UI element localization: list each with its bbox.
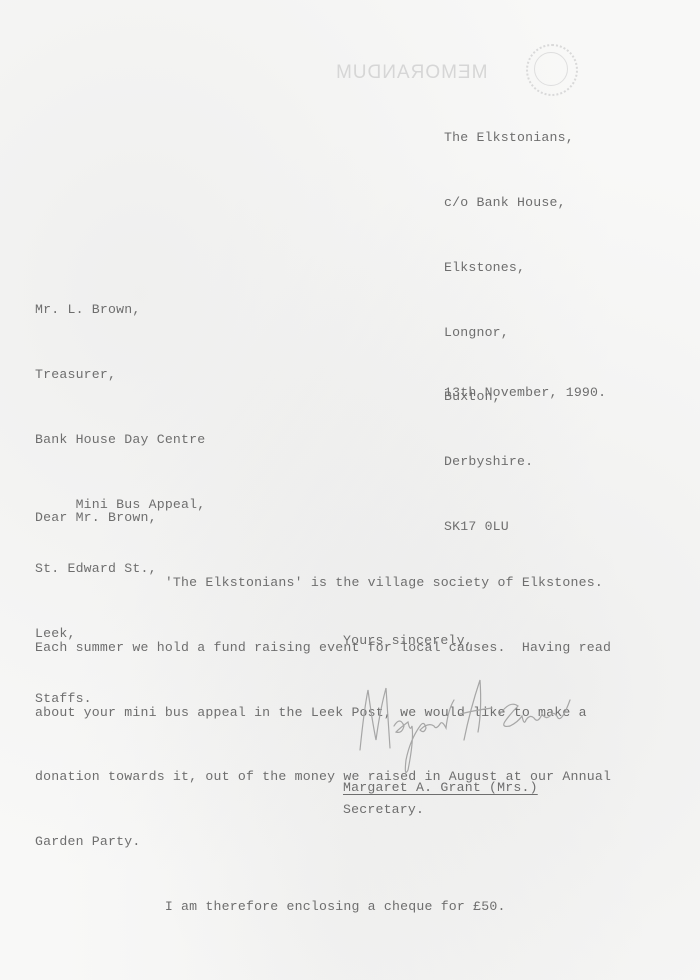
- recipient-line: Bank House Day Centre: [35, 429, 205, 451]
- recipient-line: Treasurer,: [35, 364, 205, 386]
- letter-page: MEMORANDUM The Elkstonians, c/o Bank Hou…: [0, 0, 700, 980]
- letter-date: 13th November, 1990.: [444, 382, 606, 404]
- enclosure-line: I am therefore enclosing a cheque for £5…: [35, 896, 611, 918]
- sender-line: c/o Bank House,: [444, 192, 574, 214]
- sender-line: The Elkstonians,: [444, 127, 574, 149]
- body-line: 'The Elkstonians' is the village society…: [35, 572, 611, 594]
- recipient-line: Mr. L. Brown,: [35, 299, 205, 321]
- signatory-title: Secretary.: [343, 799, 424, 821]
- signatory-name: Margaret A. Grant (Mrs.): [343, 777, 538, 799]
- valediction: Yours sincerely,: [343, 630, 473, 652]
- body-line: Each summer we hold a fund raising event…: [35, 637, 611, 659]
- sender-line: Longnor,: [444, 322, 574, 344]
- seal-inner-ring: [534, 52, 568, 86]
- body-line: Garden Party.: [35, 831, 611, 853]
- sender-line: Elkstones,: [444, 257, 574, 279]
- letterhead-heading: MEMORANDUM: [335, 62, 488, 84]
- salutation: Dear Mr. Brown,: [35, 507, 611, 529]
- signatory-name-text: Margaret A. Grant (Mrs.): [343, 780, 538, 795]
- handwritten-signature: [350, 670, 580, 780]
